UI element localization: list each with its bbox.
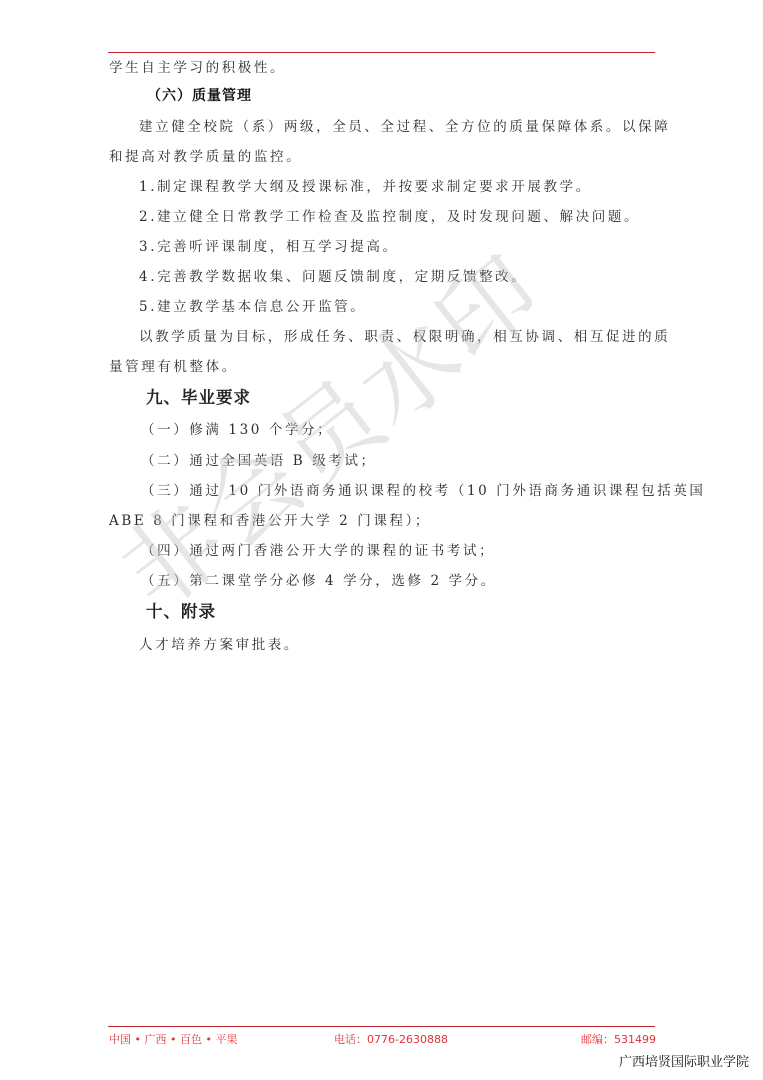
- continuation-line: 学生自主学习的积极性。: [109, 56, 286, 76]
- footer-rule: [108, 1026, 655, 1027]
- document-page: 学生自主学习的积极性。 （六）质量管理 建立健全校院（系）两级，全员、全过程、全…: [0, 0, 763, 1080]
- list-item: 1.制定课程教学大纲及授课标准，并按要求制定要求开展教学。: [139, 175, 592, 195]
- footer-location: 中国 • 广西 • 百色 • 平果: [109, 1031, 237, 1047]
- footer-postcode: 邮编：531499: [581, 1031, 656, 1047]
- section-nine-heading: 九、毕业要求: [146, 384, 251, 408]
- list-item: （三）通过 10 门外语商务通识课程的校考（10 门外语商务通识课程包括英国: [141, 479, 706, 499]
- section-ten-body: 人才培养方案审批表。: [139, 633, 300, 653]
- section-six-intro-line1: 建立健全校院（系）两级，全员、全过程、全方位的质量保障体系。以保障: [139, 115, 670, 135]
- list-item: 2.建立健全日常教学工作检查及监控制度，及时发现问题、解决问题。: [139, 205, 640, 225]
- section-six-intro-line2: 和提高对教学质量的监控。: [109, 145, 302, 165]
- list-item: （一）修满 130 个学分；: [141, 418, 333, 438]
- school-name: 广西培贤国际职业学院: [619, 1051, 749, 1070]
- section-six-summary-line1: 以教学质量为目标，形成任务、职责、权限明确，相互协调、相互促进的质: [139, 325, 670, 345]
- section-six-heading: （六）质量管理: [147, 85, 252, 105]
- section-six-summary-line2: 量管理有机整体。: [109, 355, 238, 375]
- section-ten-heading: 十、附录: [146, 598, 216, 622]
- header-rule: [108, 52, 655, 53]
- list-item: ABE 8 门课程和香港公开大学 2 门课程）；: [109, 509, 431, 529]
- list-item: 4.完善教学数据收集、问题反馈制度，定期反馈整改。: [139, 265, 527, 285]
- list-item: （五）第二课堂学分必修 4 学分，选修 2 学分。: [141, 569, 497, 589]
- footer-phone: 电话：0776-2630888: [334, 1031, 448, 1047]
- list-item: 5.建立教学基本信息公开监管。: [139, 295, 366, 315]
- list-item: （四）通过两门香港公开大学的课程的证书考试；: [141, 539, 495, 559]
- list-item: （二）通过全国英语 B 级考试；: [141, 449, 377, 469]
- list-item: 3.完善听评课制度，相互学习提高。: [139, 235, 399, 255]
